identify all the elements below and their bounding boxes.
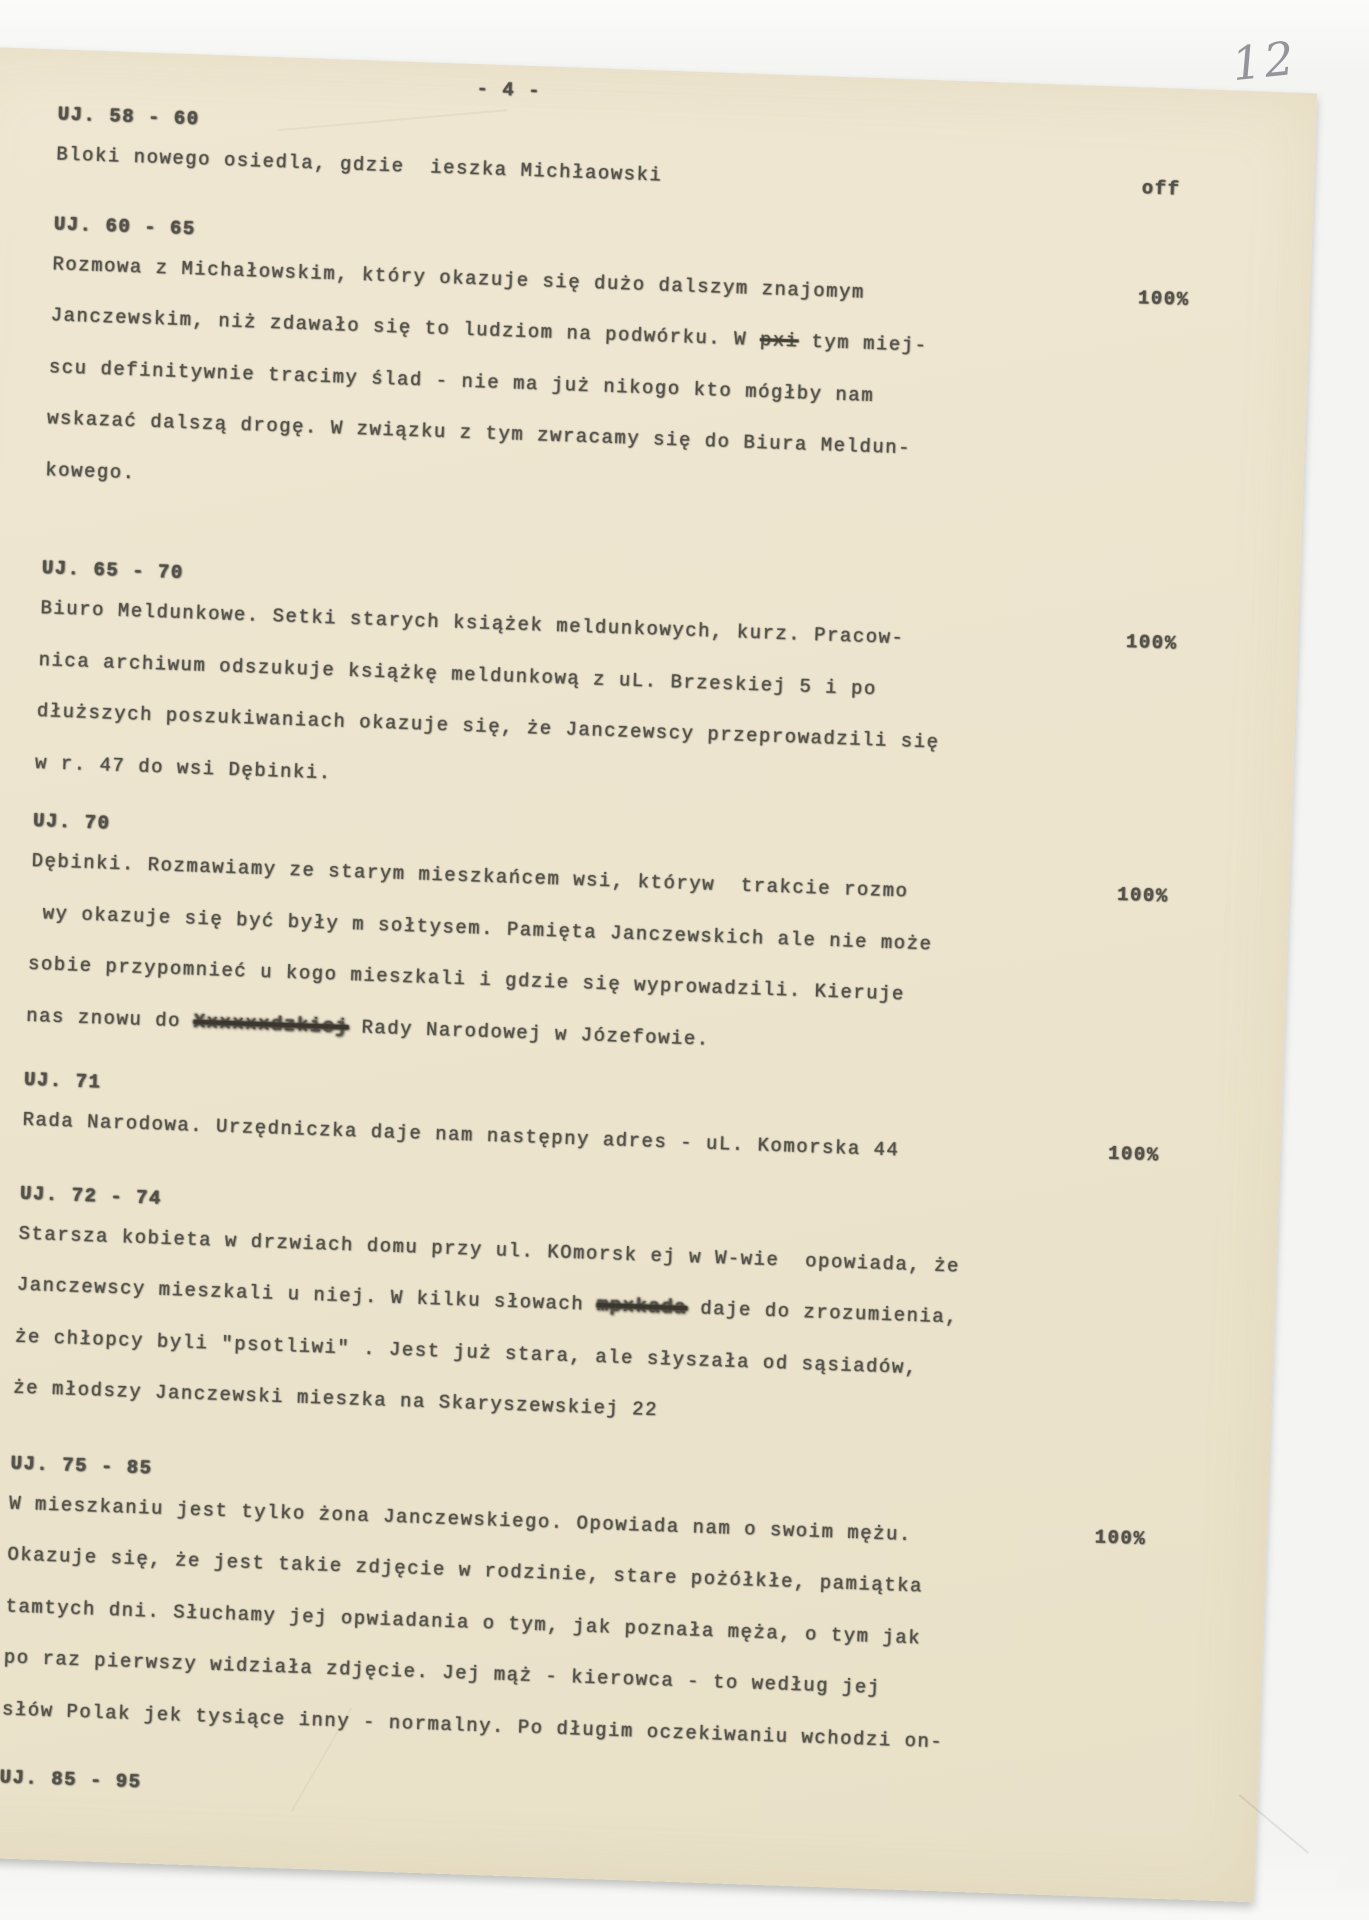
line-text: Rady Narodowej w Józefowie. bbox=[348, 1016, 710, 1051]
scanned-document: { "page": { "typed_page_number": "- 4 -"… bbox=[0, 0, 1369, 1920]
section-uj-85-95: UJ. 85 - 95 bbox=[0, 1762, 1194, 1834]
section-uj-72-74: UJ. 72 - 74 Starsza kobieta w drzwiach d… bbox=[12, 1178, 1215, 1456]
shot-annotation: 100% bbox=[1094, 1524, 1146, 1552]
line-text: tym miej- bbox=[798, 330, 928, 356]
section-uj-65-70: UJ. 65 - 70 100% Biuro Meldunkowe. Setki… bbox=[34, 553, 1237, 831]
line-text: Janczewscy mieszkali u niej. W kilku sło… bbox=[16, 1274, 597, 1316]
blacked-out-word: Xxxxxxdzkiej bbox=[193, 1010, 349, 1037]
shot-annotation: 100% bbox=[1108, 1141, 1160, 1169]
section-uj-75-85: UJ. 75 - 85 100% W mieszkaniu jest tylko… bbox=[1, 1448, 1205, 1777]
crossed-out-word: pxi bbox=[759, 329, 798, 352]
shot-annotation: 100% bbox=[1125, 629, 1177, 657]
section-uj-60-65: UJ. 60 - 65 100% Rozmowa z Michałowskim,… bbox=[44, 209, 1248, 538]
blacked-out-word: mpxkada bbox=[597, 1294, 688, 1319]
shot-annotation: off bbox=[1141, 175, 1181, 202]
section-uj-71: UJ. 71 100% Rada Narodowa. Urzędniczka d… bbox=[22, 1065, 1219, 1188]
shot-number-heading: UJ. 85 - 95 bbox=[0, 1762, 1194, 1834]
line-text: daje do zrozumienia, bbox=[687, 1297, 959, 1328]
handwritten-page-number: 12 bbox=[1229, 31, 1299, 91]
shot-annotation: 100% bbox=[1137, 285, 1189, 313]
typed-content: - 4 - UJ. 58 - 60 off Bloki nowego osied… bbox=[0, 61, 1254, 1862]
shot-annotation: 100% bbox=[1117, 882, 1169, 910]
line-text: Janczewskim, niż zdawało się to ludziom … bbox=[50, 304, 760, 351]
torn-paper-corner bbox=[1336, 1838, 1369, 1888]
paper-crease bbox=[1239, 1794, 1309, 1853]
document-page: - 4 - UJ. 58 - 60 off Bloki nowego osied… bbox=[0, 46, 1317, 1902]
section-uj-70: UJ. 70 100% Dębinki. Rozmawiamy ze stary… bbox=[25, 806, 1228, 1084]
section-uj-58-60: UJ. 58 - 60 off Bloki nowego osiedla, gd… bbox=[55, 99, 1252, 222]
line-text: nas znowu do bbox=[26, 1004, 194, 1032]
